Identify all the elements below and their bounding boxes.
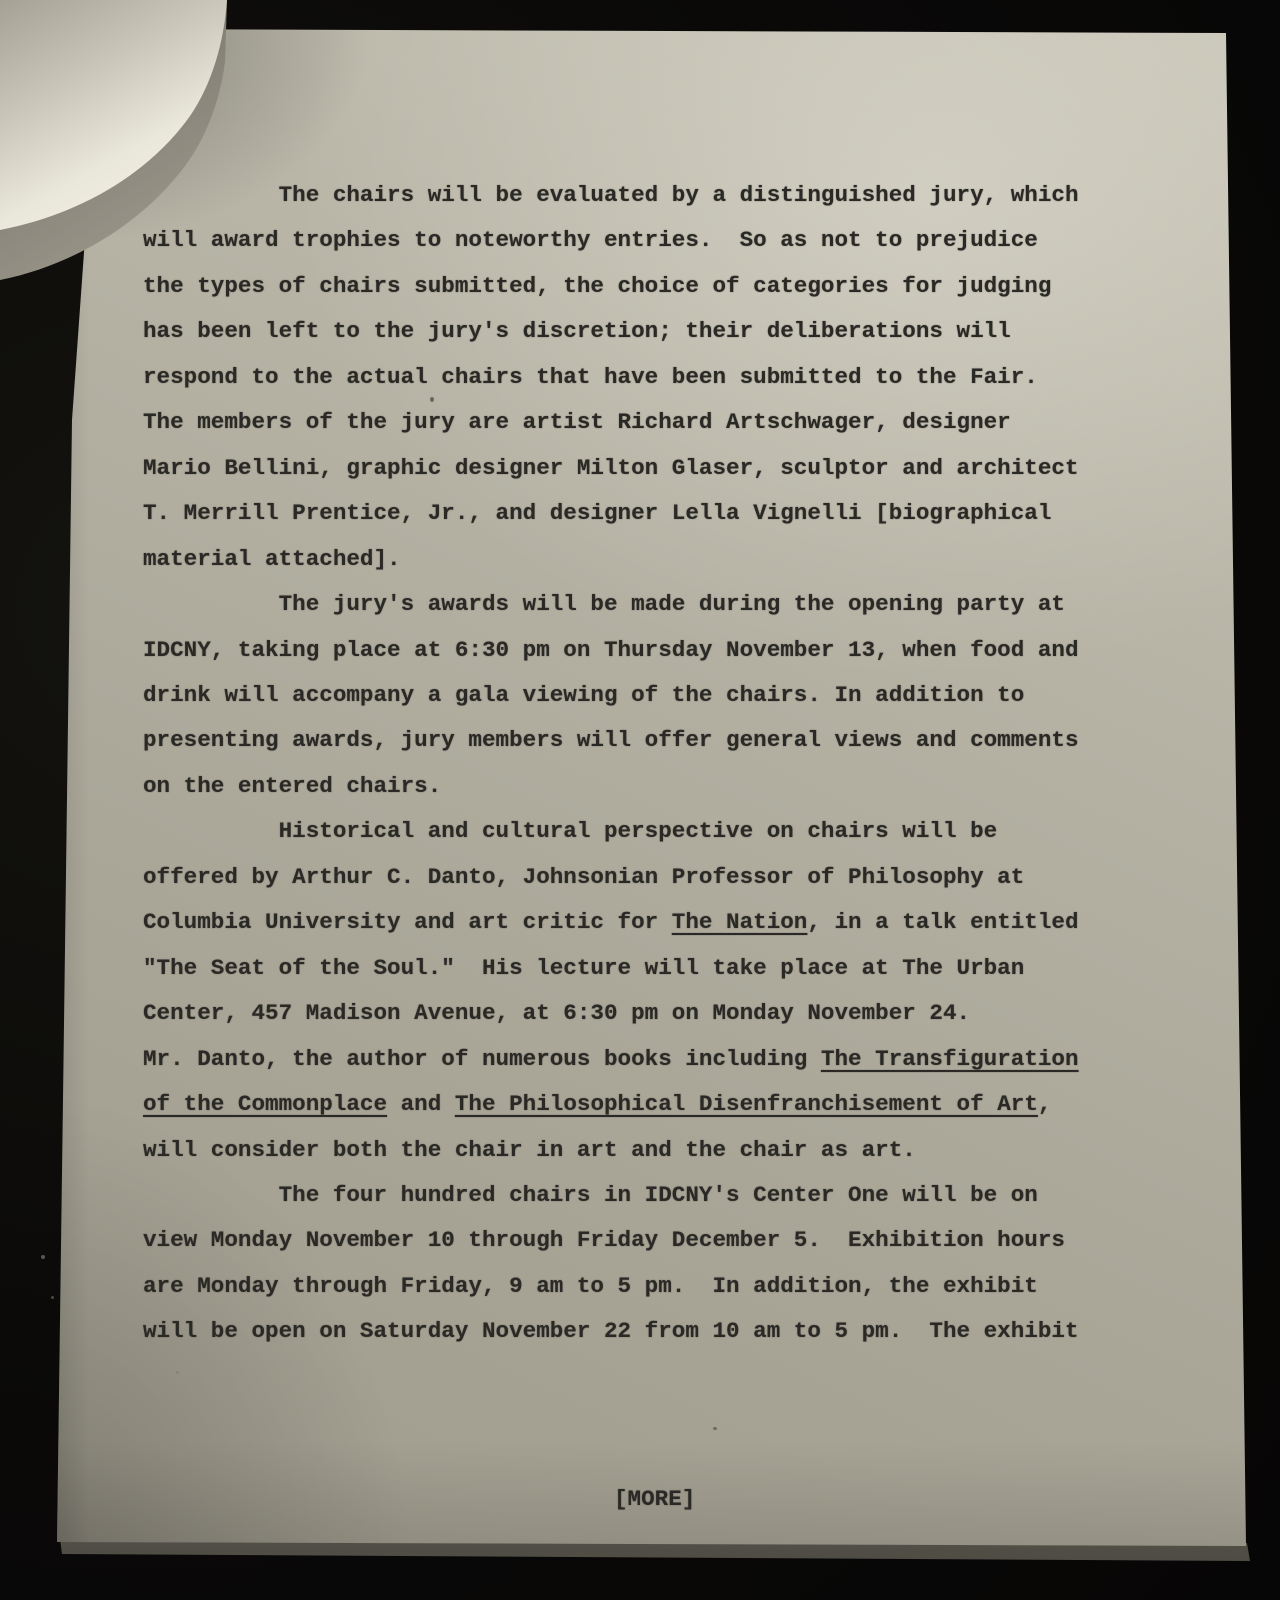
text-lines: The chairs will be evaluated by a distin… — [143, 173, 1103, 1355]
text-line: has been left to the jury's discretion; … — [143, 309, 1103, 354]
text-line: respond to the actual chairs that have b… — [143, 355, 1103, 400]
text-line: are Monday through Friday, 9 am to 5 pm.… — [143, 1264, 1103, 1309]
text-line: will be open on Saturday November 22 fro… — [143, 1309, 1103, 1354]
dust-speck — [51, 1296, 54, 1299]
text-line: of the Commonplace and The Philosophical… — [143, 1082, 1103, 1127]
text-line: Columbia University and art critic for T… — [143, 900, 1103, 945]
text-line: material attached]. — [143, 537, 1103, 582]
ink-smudge — [430, 397, 434, 402]
text-line: IDCNY, taking place at 6:30 pm on Thursd… — [143, 628, 1103, 673]
text-line: view Monday November 10 through Friday D… — [143, 1218, 1103, 1263]
text-line: Historical and cultural perspective on c… — [143, 809, 1103, 854]
text-line: Mario Bellini, graphic designer Milton G… — [143, 446, 1103, 491]
photo-of-document: The chairs will be evaluated by a distin… — [0, 0, 1280, 1600]
text-line: Mr. Danto, the author of numerous books … — [143, 1037, 1103, 1082]
text-line: T. Merrill Prentice, Jr., and designer L… — [143, 491, 1103, 536]
text-line: drink will accompany a gala viewing of t… — [143, 673, 1103, 718]
text-line: The jury's awards will be made during th… — [143, 582, 1103, 627]
text-line: offered by Arthur C. Danto, Johnsonian P… — [143, 855, 1103, 900]
text-line: "The Seat of the Soul." His lecture will… — [143, 946, 1103, 991]
page-curl — [0, 0, 300, 300]
text-line: Center, 457 Madison Avenue, at 6:30 pm o… — [143, 991, 1103, 1036]
text-line: will consider both the chair in art and … — [143, 1128, 1103, 1173]
dust-speck — [176, 1371, 179, 1374]
text-line: on the entered chairs. — [143, 764, 1103, 809]
text-line: The four hundred chairs in IDCNY's Cente… — [143, 1173, 1103, 1218]
text-line: The members of the jury are artist Richa… — [143, 400, 1103, 445]
text-line: presenting awards, jury members will off… — [143, 718, 1103, 763]
dust-speck — [713, 1427, 717, 1430]
dust-speck — [41, 1255, 45, 1259]
